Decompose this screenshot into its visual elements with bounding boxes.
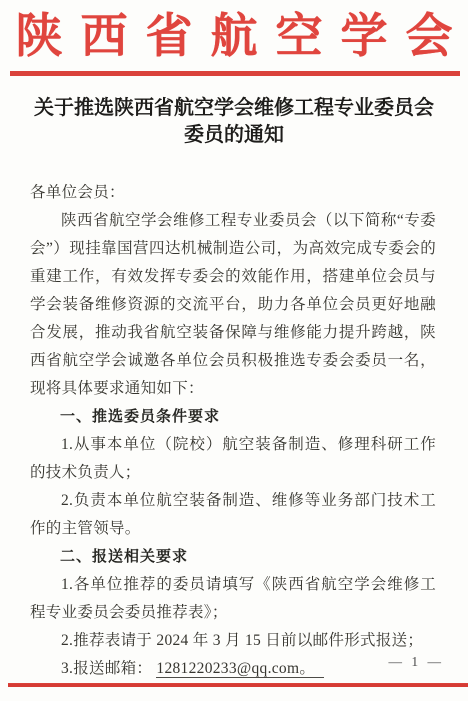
letterhead-org-name: 陕西省航空学会 [16,10,468,64]
letterhead: 陕西省航空学会 [0,0,468,64]
document-body: 各单位会员： 陕西省航空学会维修工程专业委员会（以下简称“专委会”）现挂靠国营四… [30,179,436,683]
email-address: 1281220233@qq.com。 [156,660,324,678]
footer-divider-rule [8,683,468,687]
section-1-item-2: 2.负责本单位航空装备制造、维修等业务部门技术工作的主管领导。 [30,487,436,543]
intro-paragraph: 陕西省航空学会维修工程专业委员会（以下简称“专委会”）现挂靠国营四达机械制造公司… [30,207,436,403]
salutation: 各单位会员： [30,179,436,207]
email-item-prefix: 3.报送邮箱： [61,660,156,677]
section-1-item-1: 1.从事本单位（院校）航空装备制造、修理科研工作的技术负责人； [30,431,436,487]
document-title-line1: 关于推选陕西省航空学会维修工程专业委员会 [0,95,468,122]
section-2-item-1: 1.各单位推荐的委员请填写《陕西省航空学会维修工程专业委员会委员推荐表》； [30,571,436,627]
document-page: 陕西省航空学会 关于推选陕西省航空学会维修工程专业委员会 委员的通知 各单位会员… [0,0,468,701]
section-2-heading: 二、报送相关要求 [30,543,436,571]
document-title: 关于推选陕西省航空学会维修工程专业委员会 委员的通知 [0,95,468,149]
section-2-item-3: 3.报送邮箱： 1281220233@qq.com。 [30,655,436,683]
page-number: — 1 — [389,654,445,670]
document-title-line2: 委员的通知 [0,122,468,149]
section-1-heading: 一、推选委员条件要求 [30,403,436,431]
letterhead-divider-rule [10,71,460,76]
section-2-item-2: 2.推荐表请于 2024 年 3 月 15 日前以邮件形式报送； [30,627,436,655]
